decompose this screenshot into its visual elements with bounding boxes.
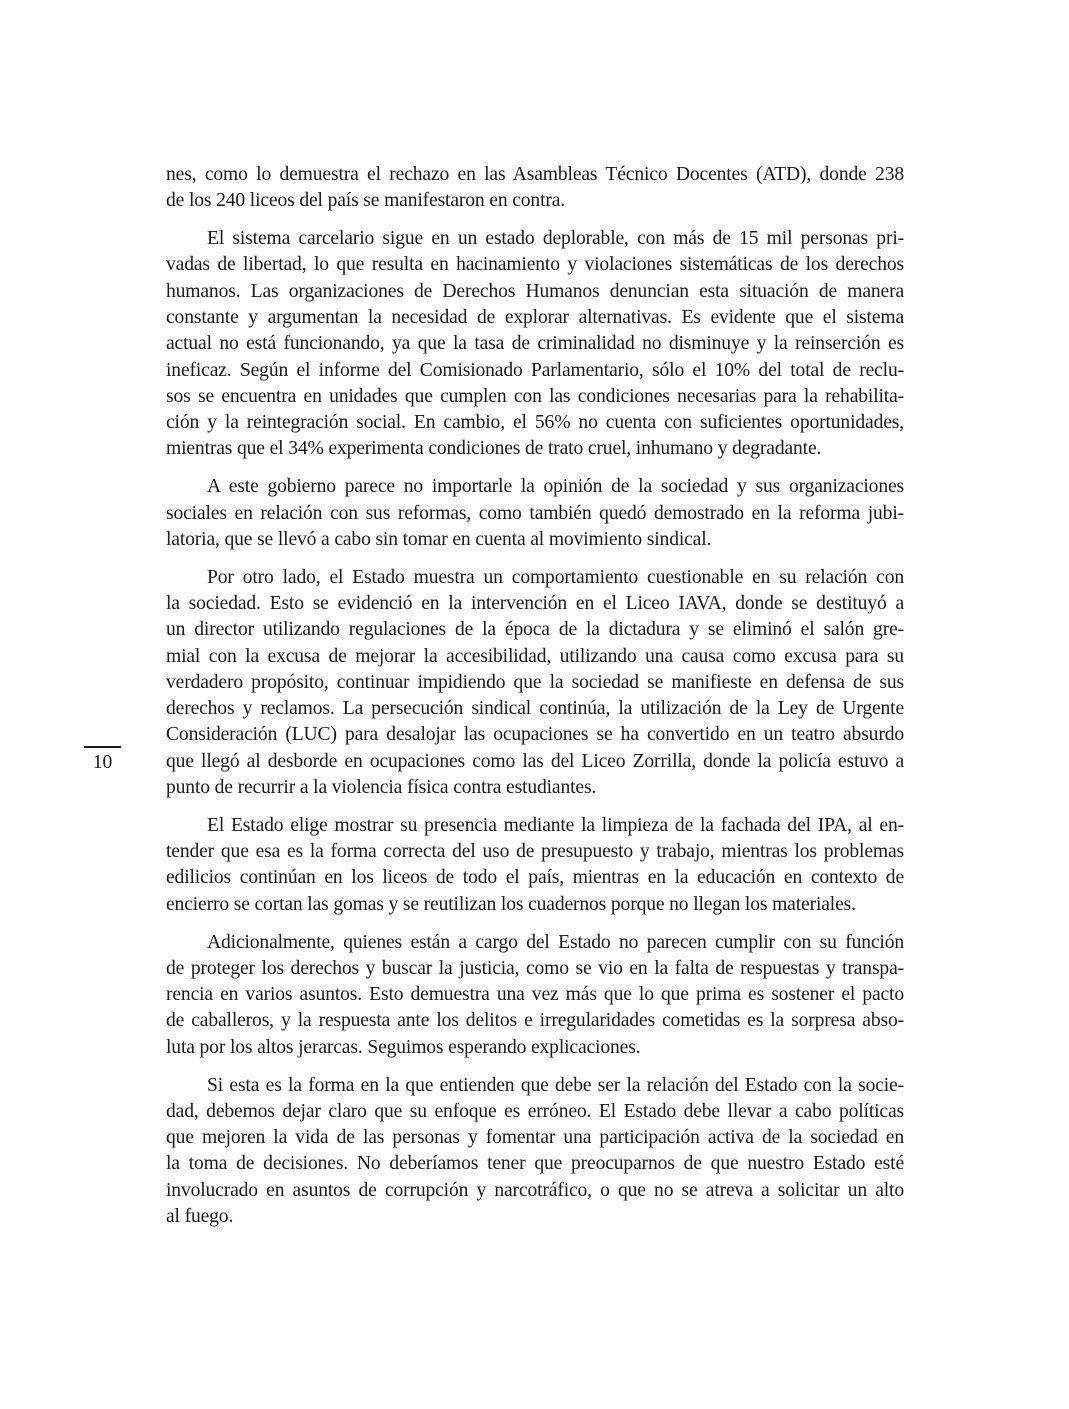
text-line: la sociedad. Esto se evidenció en la int…: [166, 591, 904, 617]
text-line: latoria, que se llevó a cabo sin tomar e…: [166, 527, 904, 553]
text-line: tender que esa es la forma correcta del …: [166, 839, 904, 865]
paragraph: El Estado elige mostrar su presencia med…: [166, 813, 904, 918]
text-line: que llegó al desborde en ocupaciones com…: [166, 749, 904, 775]
text-line: vadas de libertad, lo que resulta en hac…: [166, 252, 904, 278]
text-line: mial con la excusa de mejorar la accesib…: [166, 644, 904, 670]
paragraph: Si esta es la forma en la que entienden …: [166, 1073, 904, 1231]
text-line: actual no está funcionando, ya que la ta…: [166, 331, 904, 357]
text-line: humanos. Las organizaciones de Derechos …: [166, 279, 904, 305]
text-line: sos se encuentra en unidades que cumplen…: [166, 384, 904, 410]
text-line: dad, debemos dejar claro que su enfoque …: [166, 1099, 904, 1125]
text-line: Por otro lado, el Estado muestra un comp…: [166, 565, 904, 591]
text-line: de los 240 liceos del país se manifestar…: [166, 188, 904, 214]
text-line: de caballeros, y la respuesta ante los d…: [166, 1008, 904, 1034]
text-line: rencia en varios asuntos. Esto demuestra…: [166, 982, 904, 1008]
text-line: involucrado en asuntos de corrupción y n…: [166, 1178, 904, 1204]
text-line: punto de recurrir a la violencia física …: [166, 775, 904, 801]
text-line: A este gobierno parece no importarle la …: [166, 474, 904, 500]
text-line: un director utilizando regulaciones de l…: [166, 617, 904, 643]
body-text: nes, como lo demuestra el rechazo en las…: [166, 162, 904, 1242]
text-line: la toma de decisiones. No deberíamos ten…: [166, 1151, 904, 1177]
text-line: derechos y reclamos. La persecución sind…: [166, 696, 904, 722]
text-line: El sistema carcelario sigue en un estado…: [166, 226, 904, 252]
paragraph: A este gobierno parece no importarle la …: [166, 474, 904, 553]
text-line: mientras que el 34% experimenta condicio…: [166, 436, 904, 462]
text-line: El Estado elige mostrar su presencia med…: [166, 813, 904, 839]
text-line: encierro se cortan las gomas y se reutil…: [166, 892, 904, 918]
paragraph: Adicionalmente, quienes están a cargo de…: [166, 930, 904, 1061]
text-line: verdadero propósito, continuar impidiend…: [166, 670, 904, 696]
paragraph: El sistema carcelario sigue en un estado…: [166, 226, 904, 463]
text-line: Si esta es la forma en la que entienden …: [166, 1073, 904, 1099]
page-number-rule: [84, 746, 121, 748]
text-line: al fuego.: [166, 1204, 904, 1230]
text-line: que mejoren la vida de las personas y fo…: [166, 1125, 904, 1151]
text-line: edilicios continúan en los liceos de tod…: [166, 865, 904, 891]
text-line: ineficaz. Según el informe del Comisiona…: [166, 358, 904, 384]
paragraph: nes, como lo demuestra el rechazo en las…: [166, 162, 904, 215]
document-page: nes, como lo demuestra el rechazo en las…: [0, 0, 1069, 1409]
text-line: constante y argumentan la necesidad de e…: [166, 305, 904, 331]
text-line: de proteger los derechos y buscar la jus…: [166, 956, 904, 982]
text-line: ción y la reintegración social. En cambi…: [166, 410, 904, 436]
text-line: sociales en relación con sus reformas, c…: [166, 501, 904, 527]
text-line: Adicionalmente, quienes están a cargo de…: [166, 930, 904, 956]
paragraph: Por otro lado, el Estado muestra un comp…: [166, 565, 904, 802]
text-line: Consideración (LUC) para desalojar las o…: [166, 722, 904, 748]
page-number: 10: [84, 750, 121, 776]
text-line: nes, como lo demuestra el rechazo en las…: [166, 162, 904, 188]
text-line: luta por los altos jerarcas. Seguimos es…: [166, 1035, 904, 1061]
